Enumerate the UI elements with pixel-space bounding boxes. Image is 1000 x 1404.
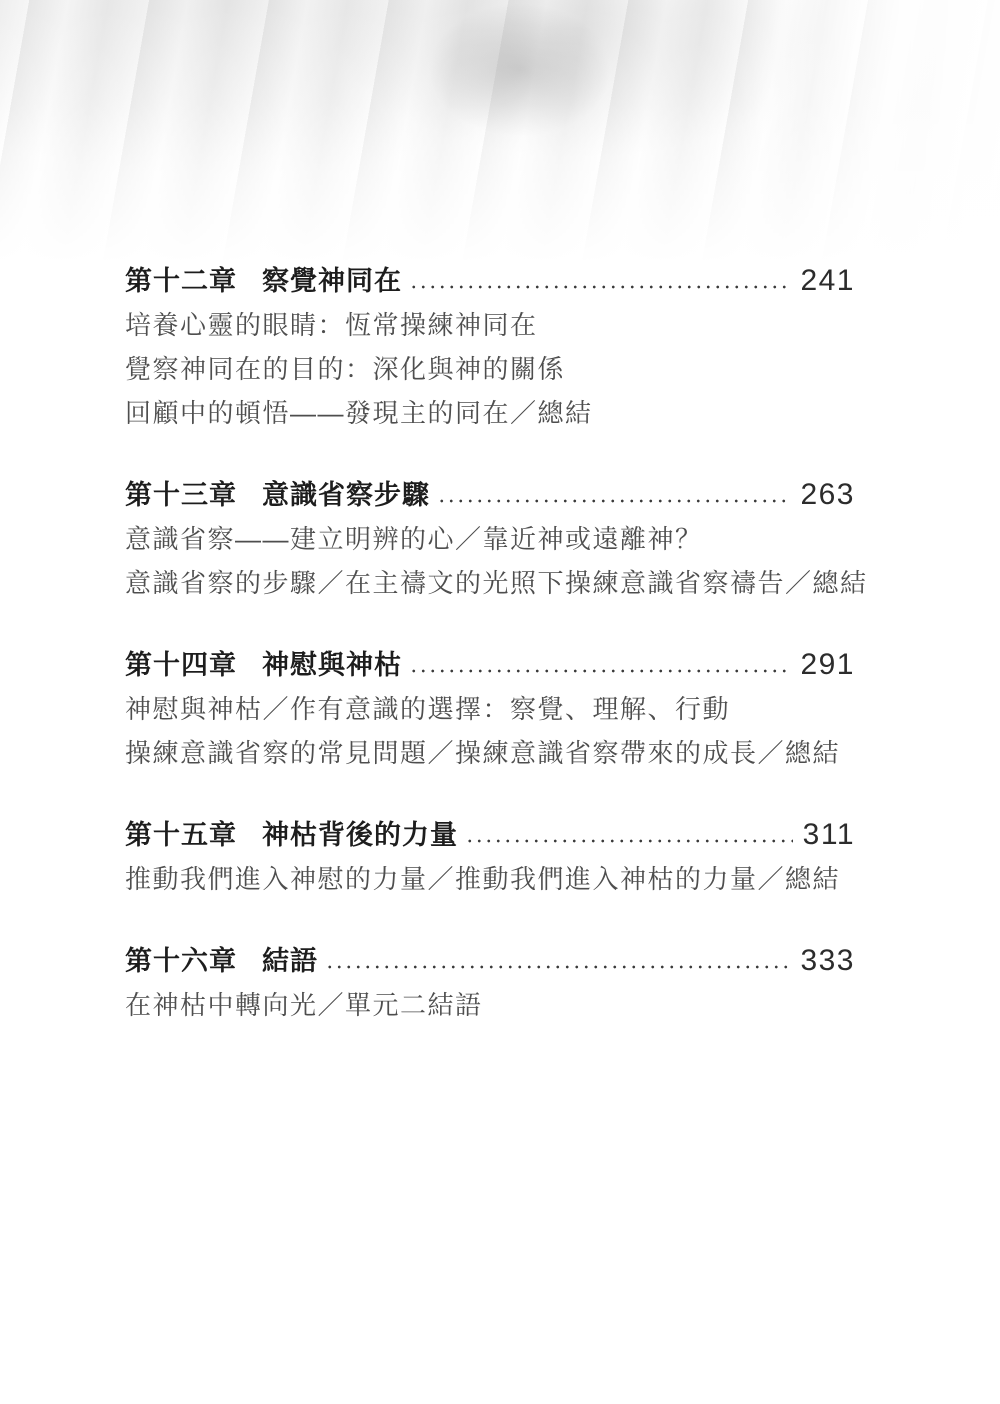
chapter-subtopic-line: 在神枯中轉向光／單元二結語	[125, 983, 855, 1027]
dot-leader	[325, 964, 790, 970]
chapter-subtopic-line: 意識省察的步驟／在主禱文的光照下操練意識省察禱告／總結	[125, 561, 855, 605]
chapter-subtopic-line: 操練意識省察的常見問題／操練意識省察帶來的成長／總結	[125, 731, 855, 775]
toc-entry-chapter-14: 第十四章 神慰與神枯 291 神慰與神枯／作有意識的選擇：察覺、理解、行動 操練…	[125, 643, 855, 775]
watermark-feather-streaks	[0, 0, 1000, 260]
page-top-watermark	[0, 0, 1000, 300]
chapter-subtopic-line: 回顧中的頓悟——發現主的同在／總結	[125, 391, 855, 435]
chapter-number-label: 第十六章	[125, 939, 237, 983]
chapter-number-label: 第十三章	[125, 473, 237, 517]
dot-leader	[409, 284, 790, 290]
chapter-title: 察覺神同在	[262, 259, 402, 303]
chapter-number-label: 第十四章	[125, 643, 237, 687]
chapter-number-label: 第十二章	[125, 259, 237, 303]
dot-leader	[437, 498, 790, 504]
chapter-subtopic-line: 意識省察——建立明辨的心／靠近神或遠離神？	[125, 517, 855, 561]
page-number: 263	[800, 473, 855, 517]
toc-entry-chapter-12: 第十二章 察覺神同在 241 培養心靈的眼睛：恆常操練神同在 覺察神同在的目的：…	[125, 259, 855, 435]
chapter-title: 神枯背後的力量	[262, 813, 458, 857]
page-number: 311	[803, 813, 855, 857]
dot-leader	[465, 838, 793, 844]
chapter-subtopic-line: 推動我們進入神慰的力量／推動我們進入神枯的力量／總結	[125, 857, 855, 901]
dot-leader	[409, 668, 790, 674]
chapter-heading-row: 第十二章 察覺神同在 241	[125, 259, 855, 303]
watermark-fade-overlay	[0, 0, 1000, 300]
toc-entry-chapter-13: 第十三章 意識省察步驟 263 意識省察——建立明辨的心／靠近神或遠離神？ 意識…	[125, 473, 855, 605]
chapter-heading-row: 第十四章 神慰與神枯 291	[125, 643, 855, 687]
chapter-title: 意識省察步驟	[262, 473, 430, 517]
table-of-contents: 第十二章 察覺神同在 241 培養心靈的眼睛：恆常操練神同在 覺察神同在的目的：…	[125, 259, 855, 1065]
toc-entry-chapter-15: 第十五章 神枯背後的力量 311 推動我們進入神慰的力量／推動我們進入神枯的力量…	[125, 813, 855, 901]
page-number: 241	[800, 259, 855, 303]
chapter-heading-row: 第十六章 結語 333	[125, 939, 855, 983]
chapter-title: 神慰與神枯	[262, 643, 402, 687]
toc-entry-chapter-16: 第十六章 結語 333 在神枯中轉向光／單元二結語	[125, 939, 855, 1027]
chapter-title: 結語	[262, 939, 318, 983]
chapter-heading-row: 第十五章 神枯背後的力量 311	[125, 813, 855, 857]
page-number: 333	[800, 939, 855, 983]
chapter-number-label: 第十五章	[125, 813, 237, 857]
chapter-heading-row: 第十三章 意識省察步驟 263	[125, 473, 855, 517]
chapter-subtopic-line: 神慰與神枯／作有意識的選擇：察覺、理解、行動	[125, 687, 855, 731]
chapter-subtopic-line: 培養心靈的眼睛：恆常操練神同在	[125, 303, 855, 347]
chapter-subtopic-line: 覺察神同在的目的：深化與神的關係	[125, 347, 855, 391]
page-number: 291	[800, 643, 855, 687]
